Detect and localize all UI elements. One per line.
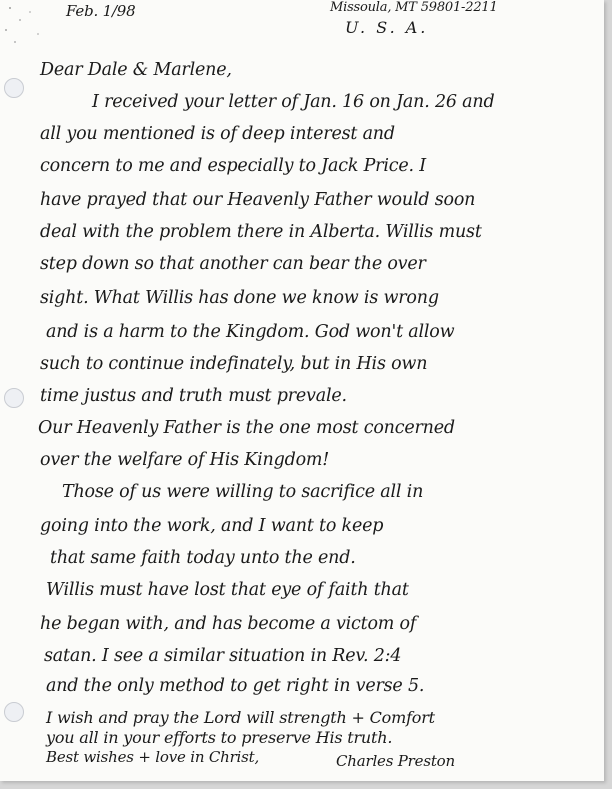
scan-speckle: [0, 0, 50, 55]
signature: Charles Preston: [336, 752, 455, 770]
body-line: concern to me and especially to Jack Pri…: [40, 156, 426, 176]
body-line: sight. What Willis has done we know is w…: [40, 288, 439, 308]
body-line: over the welfare of His Kingdom!: [40, 450, 329, 470]
body-line: going into the work, and I want to keep: [40, 516, 383, 536]
body-line: he began with, and has become a victom o…: [40, 614, 416, 634]
body-line: and the only method to get right in vers…: [46, 676, 424, 696]
body-line: satan. I see a similar situation in Rev.…: [44, 646, 401, 666]
body-line: all you mentioned is of deep interest an…: [40, 124, 395, 144]
body-line: have prayed that our Heavenly Father wou…: [40, 190, 475, 210]
body-line: Willis must have lost that eye of faith …: [46, 580, 409, 600]
sender-address: Missoula, MT 59801-2211: [330, 0, 498, 15]
body-line: time justus and truth must prevale.: [40, 386, 347, 406]
punch-hole-middle: [4, 388, 24, 408]
letter-date: Feb. 1/98: [66, 2, 136, 20]
body-line: Those of us were willing to sacrifice al…: [62, 482, 423, 502]
letter-page: Feb. 1/98 Missoula, MT 59801-2211 U. S. …: [0, 0, 604, 781]
body-line: I wish and pray the Lord will strength +…: [46, 708, 435, 727]
body-line: step down so that another can bear the o…: [40, 254, 426, 274]
punch-hole-bottom: [4, 702, 24, 722]
body-line: Our Heavenly Father is the one most conc…: [38, 418, 455, 438]
body-line: deal with the problem there in Alberta. …: [40, 222, 482, 242]
body-line: that same faith today unto the end.: [50, 548, 356, 568]
salutation: Dear Dale & Marlene,: [40, 60, 232, 80]
body-line: I received your letter of Jan. 16 on Jan…: [92, 92, 495, 112]
closing: Best wishes + love in Christ,: [46, 748, 259, 766]
body-line: and is a harm to the Kingdom. God won't …: [46, 322, 454, 342]
body-line: you all in your efforts to preserve His …: [46, 728, 392, 747]
sender-country: U. S. A.: [345, 18, 428, 37]
punch-hole-top: [4, 78, 24, 98]
body-line: such to continue indefinately, but in Hi…: [40, 354, 427, 374]
